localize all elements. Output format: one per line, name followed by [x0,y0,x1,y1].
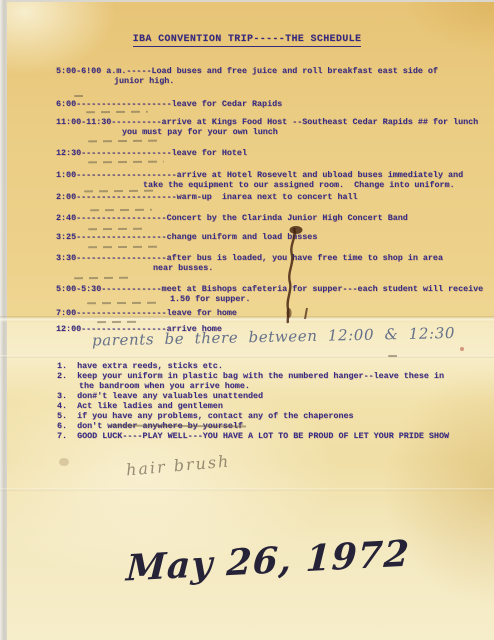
note-line-continuation: the bandroom when you arrive home. [79,382,250,391]
schedule-line: 2:00--------------------warm-up inarea n… [56,193,358,202]
document-title: IBA CONVENTION TRIP-----THE SCHEDULE [133,34,362,47]
schedule-line: 5:00-6!00 a.m.-----Load buses and free j… [56,67,438,76]
note-line: 3. don#'t leave any valuables unattended [57,392,263,401]
schedule-line: 2:40------------------Concert by the Cla… [56,214,408,223]
schedule-line-continuation: junior high. [114,77,174,86]
note-line: 1. have extra reeds, sticks etc. [57,362,223,371]
schedule-line: 3:25------------------change uniform and… [56,233,317,242]
schedule-line-continuation: 1.50 for supper. [170,295,250,304]
pencil-checkoff-mark [74,95,86,97]
schedule-line-continuation: you must pay for your own lunch [122,128,278,137]
document-title-row: IBA CONVENTION TRIP-----THE SCHEDULE [0,28,494,47]
schedule-line-continuation: take the equipment to our assigned room.… [143,181,455,190]
pencil-checkoff-mark [388,355,400,357]
schedule-line-continuation: near busses. [153,264,213,273]
note-line: 4. Act like ladies and gentlemen [57,402,223,411]
note-line: 7. GOOD LUCK----PLAY WELL---YOU HAVE A L… [57,432,449,441]
schedule-line: 11:00-11:30----------arrive at Kings Foo… [56,118,478,127]
schedule-line: 5:00-5:30------------meet at Bishops caf… [56,285,483,294]
pencil-checkoff-mark [97,321,137,323]
paper-fold-crease [0,355,494,358]
schedule-line: 7:00------------------leave for home [56,309,237,318]
note-line: 5. if you have any problems, contact any… [57,412,354,421]
scanned-document: IBA CONVENTION TRIP-----THE SCHEDULE 5:0… [0,0,494,640]
schedule-line: 1:00--------------------arrive at Hotel … [56,171,463,180]
schedule-line: 3:30------------------after bus is loade… [56,254,443,263]
paper-fold-crease [0,488,494,491]
note-line: 2. keep your uniform in plastic bag with… [57,372,444,381]
schedule-line: 12:30------------------leave for Hotel [56,149,247,158]
schedule-line: 6:00-------------------leave for Cedar R… [56,100,282,109]
